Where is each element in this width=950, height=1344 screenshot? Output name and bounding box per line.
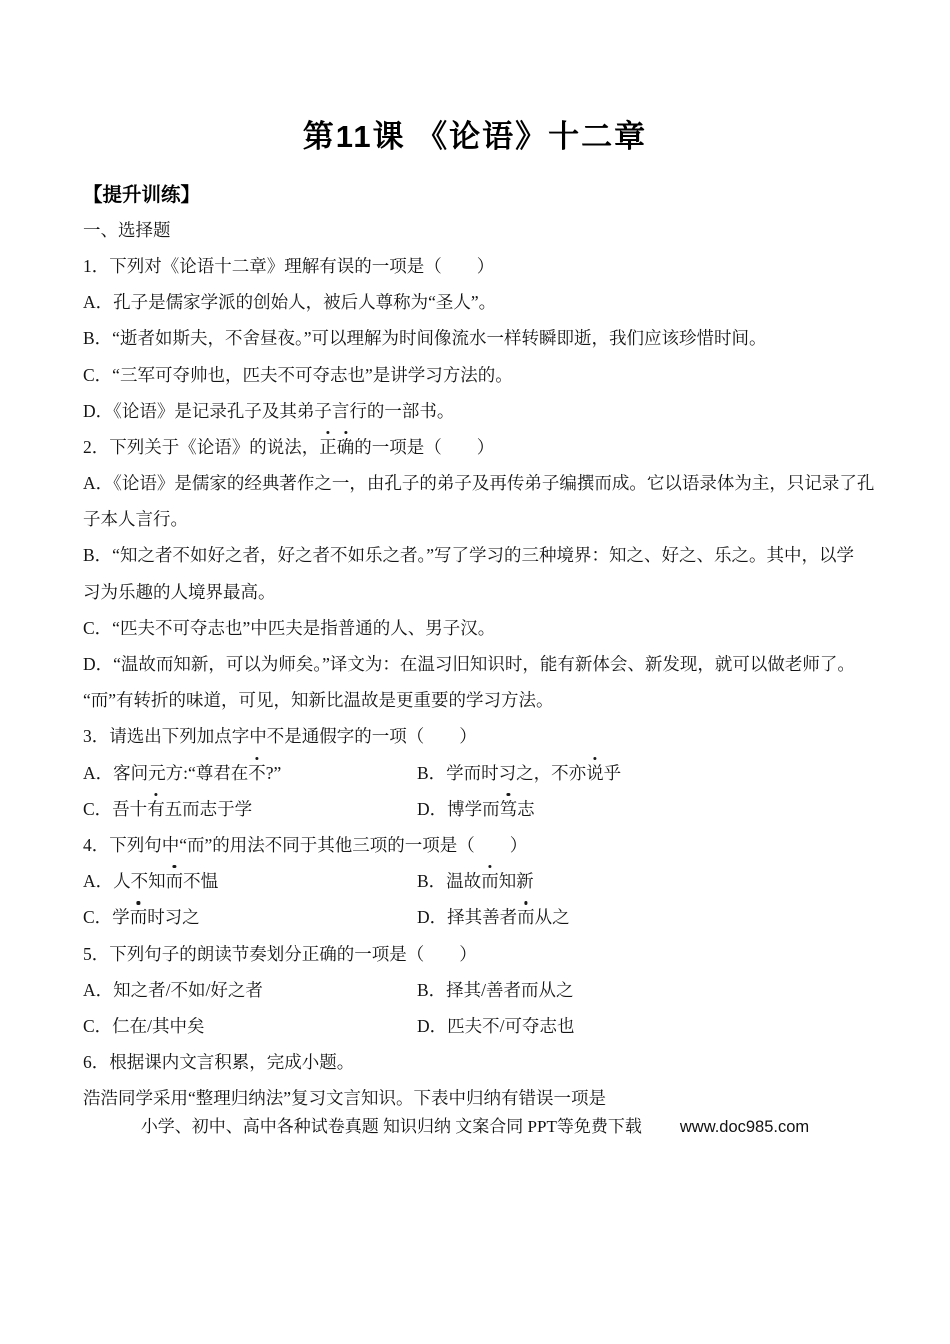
emphasized-char: 确 [337, 434, 355, 459]
q1-option-d: D．《论语》是记录孔子及其弟子言行的一部书。 [83, 392, 867, 428]
emphasized-char: 正 [319, 434, 337, 459]
q1-stem: 1．下列对《论语十二章》理解有误的一项是（ ） [83, 247, 867, 283]
emphasized-char: 而 [517, 904, 535, 929]
q3-stem: 3．请选出下列加点字中不是通假字的一项（ ） [83, 718, 867, 754]
q5-stem: 5．下列句子的朗读节奏划分正确的一项是（ ） [83, 935, 867, 971]
q3-options-ab-col1: A．客问元方:“尊君在不?” [83, 760, 417, 785]
q4-options-ab-col2: B．温故而知新 [417, 868, 534, 893]
q4-options-ab-col1: A．人不知而不愠 [83, 868, 417, 893]
page-footer: 小学、初中、高中各种试卷真题 知识归纳 文案合同 PPT等免费下载www.doc… [0, 1112, 950, 1136]
part-heading: 一、选择题 [83, 211, 867, 247]
q5-options-cd-col2: D．匹夫不/可夺志也 [417, 1013, 575, 1038]
q2-stem: 2．下列关于《论语》的说法，正确的一项是（ ） [83, 428, 867, 464]
q2-option-d-line1: D．“温故而知新，可以为师矣。”译文为：在温习旧知识时，能有新体会、新发现，就可… [83, 645, 867, 681]
emphasized-char: 笃 [500, 796, 518, 821]
q2-option-b-line2: 习为乐趣的人境界最高。 [83, 573, 867, 609]
q1-option-c: C．“三军可夺帅也，匹夫不可夺志也”是讲学习方法的。 [83, 356, 867, 392]
q1-option-b: B．“逝者如斯夫，不舍昼夜。”可以理解为时间像流水一样转瞬即逝，我们应该珍惜时间… [83, 320, 867, 356]
footer-url: www.doc985.com [680, 1118, 809, 1136]
q4-stem: 4．下列句中“而”的用法不同于其他三项的一项是（ ） [83, 826, 867, 862]
q5-options-ab-col2: B．择其/善者而从之 [417, 977, 574, 1002]
q5-options-ab-col1: A．知之者/不如/好之者 [83, 977, 417, 1002]
q3-options-ab: A．客问元方:“尊君在不?”B．学而时习之，不亦说乎 [83, 754, 867, 790]
emphasized-char: 有 [147, 796, 165, 821]
emphasized-char: 而 [481, 868, 499, 893]
q5-options-ab: A．知之者/不如/好之者B．择其/善者而从之 [83, 971, 867, 1007]
document-body: 【提升训练】一、选择题1．下列对《论语十二章》理解有误的一项是（ ）A．孔子是儒… [83, 175, 867, 1116]
q3-options-cd-col2: D．博学而笃志 [417, 796, 535, 821]
q2-option-b-line1: B．“知之者不如好之者，好之者不如乐之者。”写了学习的三种境界：知之、好之、乐之… [83, 537, 867, 573]
q6-context: 浩浩同学采用“整理归纳法”复习文言知识。下表中归纳有错误一项是 [83, 1080, 867, 1116]
q2-option-a-line1: A．《论语》是儒家的经典著作之一，由孔子的弟子及再传弟子编撰而成。它以语录体为主… [83, 465, 867, 501]
q5-options-cd: C．仁在/其中矣D．匹夫不/可夺志也 [83, 1007, 867, 1043]
q4-options-cd-col1: C．学而时习之 [83, 904, 417, 929]
emphasized-char: 而 [130, 904, 148, 929]
q1-option-a: A．孔子是儒家学派的创始人，被后人尊称为“圣人”。 [83, 284, 867, 320]
q4-options-cd: C．学而时习之D．择其善者而从之 [83, 899, 867, 935]
q5-options-cd-col1: C．仁在/其中矣 [83, 1013, 417, 1038]
footer-note: 小学、初中、高中各种试卷真题 知识归纳 文案合同 PPT等免费下载 [141, 1117, 642, 1136]
q6-stem: 6．根据课内文言积累，完成小题。 [83, 1044, 867, 1080]
document-title: 第11课 《论语》十二章 [0, 111, 950, 156]
q2-option-c: C．“匹夫不可夺志也”中匹夫是指普通的人、男子汉。 [83, 609, 867, 645]
document-page: 第11课 《论语》十二章 【提升训练】一、选择题1．下列对《论语十二章》理解有误… [0, 0, 950, 1344]
q4-options-ab: A．人不知而不愠B．温故而知新 [83, 863, 867, 899]
q4-options-cd-col2: D．择其善者而从之 [417, 904, 570, 929]
q3-options-ab-col2: B．学而时习之，不亦说乎 [417, 760, 621, 785]
q3-options-cd: C．吾十有五而志于学D．博学而笃志 [83, 790, 867, 826]
q2-option-d-line2: “而”有转折的味道，可见，知新比温故是更重要的学习方法。 [83, 682, 867, 718]
emphasized-char: 而 [166, 868, 184, 893]
emphasized-char: 说 [586, 760, 604, 785]
q2-option-a-line2: 子本人言行。 [83, 501, 867, 537]
q3-options-cd-col1: C．吾十有五而志于学 [83, 796, 417, 821]
emphasized-char: 不 [248, 760, 266, 785]
section-heading: 【提升训练】 [83, 175, 867, 211]
